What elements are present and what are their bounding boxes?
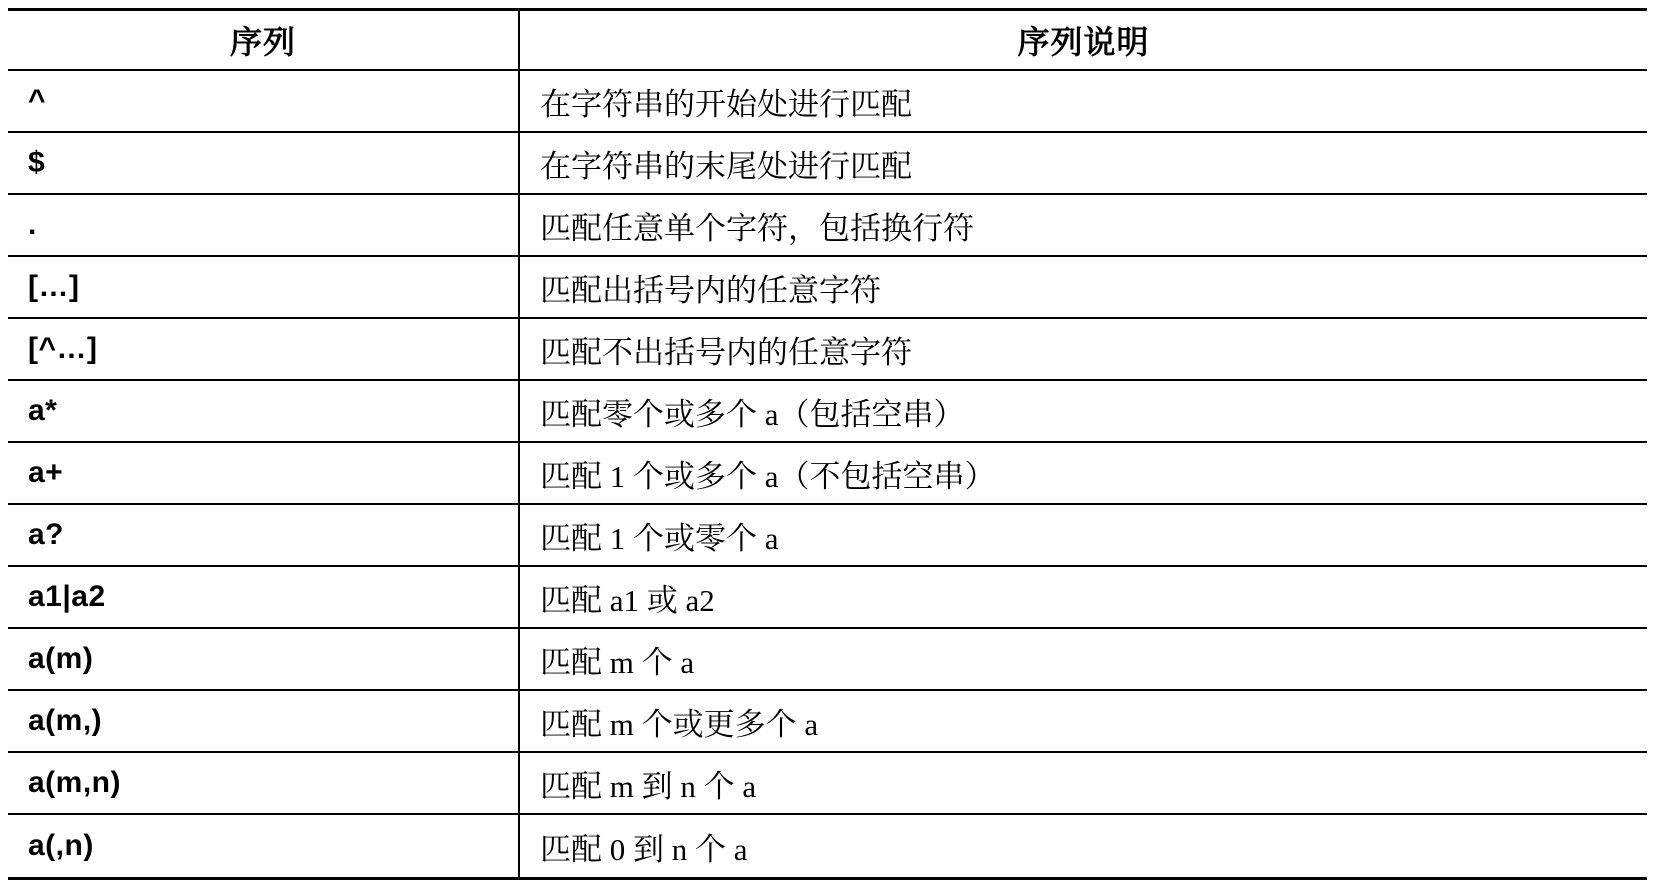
desc-cell: 匹配出括号内的任意字符: [520, 257, 1647, 317]
regex-sequence-table: 序列 序列说明 ^ 在字符串的开始处进行匹配 $ 在字符串的末尾处进行匹配 . …: [8, 8, 1647, 880]
seq-cell: a?: [8, 505, 520, 565]
desc-cell: 匹配 1 个或多个 a（不包括空串）: [520, 443, 1647, 503]
table-row: a(,n) 匹配 0 到 n 个 a: [8, 815, 1647, 877]
seq-cell: a(,n): [8, 815, 520, 877]
seq-cell: a(m,n): [8, 753, 520, 813]
desc-cell: 匹配 1 个或零个 a: [520, 505, 1647, 565]
desc-cell: 匹配不出括号内的任意字符: [520, 319, 1647, 379]
table-row: a(m) 匹配 m 个 a: [8, 629, 1647, 691]
desc-cell: 匹配 m 到 n 个 a: [520, 753, 1647, 813]
desc-cell: 匹配零个或多个 a（包括空串）: [520, 381, 1647, 441]
desc-cell: 匹配任意单个字符，包括换行符: [520, 195, 1647, 255]
seq-cell: a(m): [8, 629, 520, 689]
table-row: a1|a2 匹配 a1 或 a2: [8, 567, 1647, 629]
table-row: a* 匹配零个或多个 a（包括空串）: [8, 381, 1647, 443]
table-row: a(m,) 匹配 m 个或更多个 a: [8, 691, 1647, 753]
header-row: 序列 序列说明: [8, 11, 1647, 71]
desc-cell: 匹配 m 个 a: [520, 629, 1647, 689]
table-row: [^…] 匹配不出括号内的任意字符: [8, 319, 1647, 381]
seq-cell: a(m,): [8, 691, 520, 751]
seq-cell: a1|a2: [8, 567, 520, 627]
seq-cell: a+: [8, 443, 520, 503]
seq-cell: [^…]: [8, 319, 520, 379]
seq-cell: $: [8, 133, 520, 193]
table-row: a? 匹配 1 个或零个 a: [8, 505, 1647, 567]
column-header-seq: 序列: [8, 11, 520, 69]
desc-cell: 在字符串的开始处进行匹配: [520, 71, 1647, 131]
table-row: ^ 在字符串的开始处进行匹配: [8, 71, 1647, 133]
desc-cell: 匹配 0 到 n 个 a: [520, 815, 1647, 877]
table-row: a+ 匹配 1 个或多个 a（不包括空串）: [8, 443, 1647, 505]
table-row: . 匹配任意单个字符，包括换行符: [8, 195, 1647, 257]
table-row: […] 匹配出括号内的任意字符: [8, 257, 1647, 319]
table-row: a(m,n) 匹配 m 到 n 个 a: [8, 753, 1647, 815]
desc-cell: 匹配 m 个或更多个 a: [520, 691, 1647, 751]
seq-cell: a*: [8, 381, 520, 441]
column-header-desc: 序列说明: [520, 11, 1647, 69]
table-row: $ 在字符串的末尾处进行匹配: [8, 133, 1647, 195]
seq-cell: […]: [8, 257, 520, 317]
desc-cell: 在字符串的末尾处进行匹配: [520, 133, 1647, 193]
desc-cell: 匹配 a1 或 a2: [520, 567, 1647, 627]
seq-cell: .: [8, 195, 520, 255]
seq-cell: ^: [8, 71, 520, 131]
